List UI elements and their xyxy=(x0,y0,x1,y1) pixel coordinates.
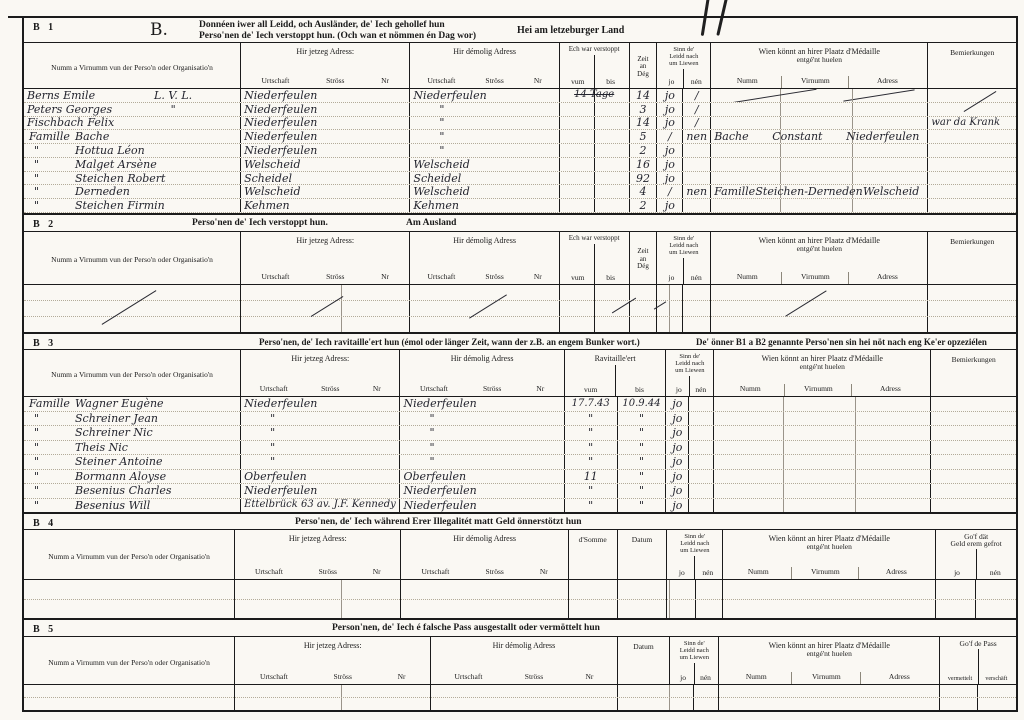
wien-cell xyxy=(711,158,928,171)
hw-name: Theis Nic xyxy=(75,442,128,453)
pen-slash xyxy=(844,89,915,101)
bis-cell: 10.9.44 xyxy=(618,397,667,411)
wien-cell xyxy=(714,455,931,469)
jo-cell: jo xyxy=(657,158,683,171)
hw-medal-name: Famille xyxy=(714,186,755,197)
jetzeg-cell: " xyxy=(241,441,400,455)
b4-column-headers: Numm a Virnumm vun der Perso'n oder Orga… xyxy=(24,530,1016,580)
label: jo xyxy=(669,556,695,579)
section-letter: B. xyxy=(150,20,168,40)
label: Nr xyxy=(534,76,542,85)
label: Geld erem gefrot xyxy=(951,540,1002,547)
nen-cell xyxy=(683,199,711,212)
label: Numm a Virnumm vun der Perso'n oder Orga… xyxy=(48,552,210,561)
label: Nr xyxy=(373,567,381,576)
hw-jo: jo xyxy=(672,427,682,438)
label: jo xyxy=(668,376,690,396)
label: Numm xyxy=(713,76,781,88)
label: Leidd nach xyxy=(680,540,709,547)
jetzeg-cell: Welscheid xyxy=(241,185,410,198)
label: jo xyxy=(672,663,694,684)
label: Urtschaft xyxy=(261,76,289,85)
b2-body xyxy=(24,285,1016,332)
label: Ströss xyxy=(319,567,337,576)
hw-days: 2 xyxy=(639,200,646,211)
label: entgé'nt huelen xyxy=(797,56,842,63)
name-cell: "Steichen Firmin xyxy=(24,199,241,212)
b3-row: FamilleWagner Eugène Niederfeulen Nieder… xyxy=(24,397,1016,412)
hw-jo: jo xyxy=(665,104,675,115)
hw-ditto: " xyxy=(403,456,434,467)
label: Hir démolig Adress xyxy=(453,47,516,56)
section-title-note: De' önner B1 a B2 genannte Perso'nen sin… xyxy=(696,337,987,347)
bemierkungen-cell xyxy=(928,158,1016,171)
vum-cell: 17.7.43 xyxy=(565,397,618,411)
hw-ditto: " xyxy=(244,442,275,453)
hw-days: 4 xyxy=(639,186,646,197)
hw-address: Scheidel xyxy=(244,173,292,184)
nen-cell xyxy=(683,158,711,171)
hw-address: Scheidel xyxy=(413,173,461,184)
label: nén xyxy=(684,258,708,284)
hw-address: Niederfeulen xyxy=(403,398,476,409)
hw-jo: jo xyxy=(672,442,682,453)
label: um Liewen xyxy=(680,547,709,554)
col-header-demolig-adress: Hir démolig Adress UrtschaftStrössNr xyxy=(431,637,617,684)
label: vum xyxy=(562,244,595,284)
scanned-form-page: B 1 B. Donnéen iwer all Leidd, och Auslä… xyxy=(0,0,1024,720)
jetzeg-cell: " xyxy=(241,455,400,469)
demolig-cell: Kehmen xyxy=(410,199,559,212)
name-cell: "Theis Nic xyxy=(24,441,241,455)
zeit-cell: 16 xyxy=(630,158,658,171)
label: Sinn de' xyxy=(679,353,700,360)
section-id: B 4 xyxy=(33,518,56,529)
col-header-bemierkungen: Bemierkungen xyxy=(931,350,1016,396)
jetzeg-cell: Niederfeulen xyxy=(241,397,400,411)
hw-ditto: " xyxy=(639,485,644,496)
label: Hir jetzeg Adress: xyxy=(296,47,354,56)
hw-ditto: " xyxy=(27,159,75,170)
b4-body xyxy=(24,580,1016,618)
zeit-cell: 14 xyxy=(630,89,658,102)
jetzeg-cell: Oberfeulen xyxy=(241,470,400,484)
b3-row: "Besenius Will Ettelbrück 63 av. J.F. Ke… xyxy=(24,499,1016,513)
hw-jo: jo xyxy=(672,456,682,467)
section-b3-title-band: B 3 Perso'nen, de' Iech ravitaille'ert h… xyxy=(24,332,1016,350)
b5-column-headers: Numm a Virnumm vun der Perso'n oder Orga… xyxy=(24,637,1016,685)
jo-cell: jo xyxy=(657,172,683,185)
demolig-cell: " xyxy=(400,441,564,455)
empty-cell xyxy=(657,285,683,332)
hw-medal-address: Niederfeulen xyxy=(846,131,919,142)
col-header-sinn: Sinn de' Leidd nach um Liewen jonén xyxy=(670,637,719,684)
demolig-cell: Niederfeulen xyxy=(400,397,564,411)
hw-ditto: " xyxy=(639,427,644,438)
jo-cell: / xyxy=(657,130,683,143)
hw-struck-entry: 14 Tage xyxy=(574,90,614,100)
label: nén xyxy=(695,663,716,684)
bemierkungen-cell xyxy=(931,484,1016,498)
hw-name: Besenius Will xyxy=(75,500,150,511)
b3-row: "Schreiner Jean " " " " jo xyxy=(24,412,1016,427)
label: jo xyxy=(938,549,976,579)
hw-org: " xyxy=(133,104,213,115)
jo-cell: jo xyxy=(666,455,689,469)
demolig-cell: Welscheid xyxy=(410,185,559,198)
col-header-somme: d'Somme xyxy=(569,530,618,579)
col-header-jetzeg-adress: Hir jetzeg Adress: UrtschaftStrössNr xyxy=(235,637,431,684)
hw-name: Malget Arsène xyxy=(75,159,157,170)
hw-medal-firstname: Constant xyxy=(772,131,822,142)
name-cell: Peters Georges" xyxy=(24,103,241,116)
bis-cell xyxy=(595,103,630,116)
hw-jo: jo xyxy=(665,159,675,170)
label: Leidd nach xyxy=(675,360,704,367)
section-title: Perso'nen, de' Iech während Erer Illegal… xyxy=(295,517,582,527)
name-cell: "Derneden xyxy=(24,185,241,198)
label: Adress xyxy=(849,272,925,284)
verstoppt-cell: 14 Tage xyxy=(560,89,630,102)
wien-cell xyxy=(714,499,931,513)
label: Hir démolig Adress xyxy=(453,236,516,245)
col-header-sinn: Sinn de' Leidd nach um Liewen jonén xyxy=(657,43,711,88)
col-header-wien: Wien könnt an hirer Plaatz d'Médaille en… xyxy=(723,530,936,579)
hw-name: Berns Emile xyxy=(27,90,95,101)
label: Urtschaft xyxy=(260,672,288,681)
jetzeg-cell: " xyxy=(241,426,400,440)
label: um Liewen xyxy=(669,60,698,67)
col-header-demolig-adress: Hir démolig Adress UrtschaftStrössNr xyxy=(410,43,559,88)
hw-address: Ettelbrück 63 av. J.F. Kennedy xyxy=(244,500,396,510)
hw-ditto: " xyxy=(27,173,75,184)
label: Ströss xyxy=(485,567,503,576)
wien-cell xyxy=(714,412,931,426)
nen-cell xyxy=(689,484,714,498)
bis-cell: " xyxy=(618,484,667,498)
zeit-cell: 2 xyxy=(630,144,658,157)
vum-cell xyxy=(560,144,595,157)
empty-cell xyxy=(683,285,711,332)
section-b5-title-band: B 5 Person'nen, de' Iech é falsche Pass … xyxy=(24,618,1016,637)
label: Ströss xyxy=(326,76,344,85)
name-cell: "Besenius Charles xyxy=(24,484,241,498)
jetzeg-cell: Kehmen xyxy=(241,199,410,212)
hw-name: Steichen Robert xyxy=(75,173,165,184)
label: Urtschaft xyxy=(255,567,283,576)
hw-name: Peters Georges xyxy=(27,104,112,115)
wien-cell xyxy=(714,470,931,484)
hw-days: 5 xyxy=(639,131,646,142)
hw-nen: nen xyxy=(686,131,707,142)
hw-ditto: " xyxy=(27,413,75,424)
label: Adress xyxy=(861,672,937,684)
hw-ditto: " xyxy=(27,442,75,453)
wien-cell: Famille Steichen-Derneden Welscheid xyxy=(711,185,928,198)
demolig-cell: " xyxy=(410,130,559,143)
bemierkungen-cell xyxy=(931,455,1016,469)
hw-ditto: " xyxy=(588,413,593,424)
b1-row: FamilleBache Niederfeulen " 5 / nen Bach… xyxy=(24,130,1016,144)
col-header-demolig-adress: Hir démolig Adress UrtschaftStrössNr xyxy=(401,530,568,579)
label: verschäft xyxy=(979,649,1014,684)
bemierkungen-cell xyxy=(931,426,1016,440)
section-id: B 2 xyxy=(33,219,56,230)
demolig-cell: " xyxy=(400,426,564,440)
label: Urtschaft xyxy=(261,272,289,281)
dotted-guide xyxy=(24,697,1016,698)
hw-ditto: " xyxy=(27,500,75,511)
name-cell: "Malget Arsène xyxy=(24,158,241,171)
jo-cell: jo xyxy=(657,117,683,130)
hw-days: 14 xyxy=(636,90,650,101)
demolig-cell: " xyxy=(410,144,559,157)
name-cell: "Schreiner Nic xyxy=(24,426,241,440)
hw-address: Niederfeulen xyxy=(244,485,317,496)
jetzeg-cell: Niederfeulen xyxy=(241,117,410,130)
hw-ditto: " xyxy=(403,442,434,453)
hw-date: 10.9.44 xyxy=(622,399,660,409)
bis-cell xyxy=(595,117,630,130)
label: Ströss xyxy=(326,272,344,281)
hw-address: Niederfeulen xyxy=(244,117,317,128)
demolig-cell: " xyxy=(400,455,564,469)
label: Urtschaft xyxy=(455,672,483,681)
hw-ditto: " xyxy=(403,427,434,438)
label: Numm a Virnumm vun der Perso'n oder Orga… xyxy=(51,63,213,72)
label: Datum xyxy=(632,535,652,544)
label: bis xyxy=(595,244,627,284)
empty-cell xyxy=(241,285,410,332)
vum-cell xyxy=(560,172,595,185)
wien-cell xyxy=(711,103,928,116)
jo-cell: jo xyxy=(657,199,683,212)
section-id: B 1 xyxy=(33,22,56,33)
hw-medal-name: Bache xyxy=(714,131,748,142)
label: Nr xyxy=(381,76,389,85)
demolig-cell: " xyxy=(410,103,559,116)
empty-cell xyxy=(595,285,630,332)
bemierkungen-cell xyxy=(931,441,1016,455)
label: nén xyxy=(977,549,1014,579)
label: Sinn de' xyxy=(673,46,694,53)
label: Ravitaille'ert xyxy=(595,354,636,363)
hw-ditto: " xyxy=(639,456,644,467)
col-header-sinn: Sinn de' Leidd nach um Liewen jonén xyxy=(657,232,711,284)
label: um Liewen xyxy=(680,654,709,661)
label: Ech war verstoppt xyxy=(569,46,620,53)
hw-ditto: " xyxy=(403,413,434,424)
label: Hir jetzeg Adress: xyxy=(296,236,354,245)
hw-days: 3 xyxy=(639,104,646,115)
bis-cell xyxy=(595,144,630,157)
label: Nr xyxy=(398,672,406,681)
jetzeg-cell: Ettelbrück 63 av. J.F. Kennedy xyxy=(241,499,400,513)
name-cell: FamilleBache xyxy=(24,130,241,143)
bemierkungen-cell xyxy=(928,144,1016,157)
col-header-bemierkungen: Bemierkungen xyxy=(928,232,1016,284)
label: Hir jetzeg Adress: xyxy=(304,641,362,650)
col-header-jetzeg-adress: Hir jetzeg Adress: UrtschaftStrössNr xyxy=(235,530,401,579)
nen-cell xyxy=(689,455,714,469)
name-cell: "Bormann Aloyse xyxy=(24,470,241,484)
label: vum xyxy=(562,55,595,88)
label: Go'f de Pass xyxy=(960,640,997,647)
col-header-zeit: Zeit an Dég xyxy=(630,232,658,284)
jetzeg-cell: Scheidel xyxy=(241,172,410,185)
bis-cell: " xyxy=(618,412,667,426)
jo-cell: jo xyxy=(666,412,689,426)
label: Ströss xyxy=(525,672,543,681)
hw-jo: / xyxy=(668,186,672,197)
b1-row: "Steichen Robert Scheidel Scheidel 92 jo xyxy=(24,172,1016,186)
title-line-2: Perso'nen de' Iech verstoppt hun. (Och w… xyxy=(199,31,476,42)
hw-date: 11 xyxy=(584,471,598,482)
bemierkungen-cell xyxy=(931,499,1016,513)
hw-address: Welscheid xyxy=(244,159,300,170)
hw-jo: jo xyxy=(665,90,675,101)
hw-ditto: " xyxy=(413,104,444,115)
section-title: Donnéen iwer all Leidd, och Ausländer, d… xyxy=(199,20,476,41)
nen-cell: / xyxy=(683,117,711,130)
vum-cell: " xyxy=(565,412,618,426)
demolig-cell: " xyxy=(400,412,564,426)
zeit-cell: 14 xyxy=(630,117,658,130)
section-title: Perso'nen de' Iech verstoppt hun. xyxy=(192,218,328,228)
hw-ditto: " xyxy=(413,117,444,128)
label: entgé'nt huelen xyxy=(800,363,845,370)
hw-ditto: " xyxy=(27,145,75,156)
jetzeg-cell: Niederfeulen xyxy=(241,89,410,102)
hw-address: Kehmen xyxy=(413,200,459,211)
nen-cell: nen xyxy=(683,185,711,198)
hw-address: Niederfeulen xyxy=(244,131,317,142)
bemierkungen-cell xyxy=(931,412,1016,426)
empty-cell xyxy=(711,285,928,332)
b3-row: "Bormann Aloyse Oberfeulen Oberfeulen 11… xyxy=(24,470,1016,485)
hw-address: Kehmen xyxy=(244,200,290,211)
nen-cell xyxy=(683,144,711,157)
hw-address: Oberfeulen xyxy=(244,471,307,482)
hw-ditto: " xyxy=(639,413,644,424)
b1-row: Peters Georges" Niederfeulen " 3 jo / xyxy=(24,103,1016,117)
bemierkungen-cell xyxy=(931,397,1016,411)
b1-body: Berns EmileL. V. L. Niederfeulen Niederf… xyxy=(24,89,1016,213)
jo-cell: / xyxy=(657,185,683,198)
b3-row: "Steiner Antoine " " " " jo xyxy=(24,455,1016,470)
section-title: Person'nen, de' Iech é falsche Pass ausg… xyxy=(332,623,600,633)
zeit-cell: 3 xyxy=(630,103,658,116)
wien-cell xyxy=(711,144,928,157)
nen-cell xyxy=(689,499,714,513)
label: Adress xyxy=(849,76,925,88)
jetzeg-cell: Niederfeulen xyxy=(241,130,410,143)
demolig-cell: Oberfeulen xyxy=(400,470,564,484)
demolig-cell: Welscheid xyxy=(410,158,559,171)
label: um Liewen xyxy=(669,249,698,256)
jetzeg-cell: Niederfeulen xyxy=(241,144,410,157)
section-b4-title-band: B 4 Perso'nen, de' Iech während Erer Ill… xyxy=(24,512,1016,530)
jetzeg-cell: Niederfeulen xyxy=(241,484,400,498)
hw-jo: jo xyxy=(665,117,675,128)
hw-date: 17.7.43 xyxy=(572,399,610,409)
col-header-gof-geld: Go'f dät Geld erem gefrot jonén xyxy=(936,530,1016,579)
zeit-cell: 92 xyxy=(630,172,658,185)
hw-jo: jo xyxy=(672,500,682,511)
label: bis xyxy=(595,55,627,88)
label: Urtschaft xyxy=(420,384,448,393)
hw-name: Derneden xyxy=(75,186,130,197)
col-header-zeit: Zeit an Dég xyxy=(630,43,658,88)
jo-cell: jo xyxy=(666,484,689,498)
bis-cell: " xyxy=(618,426,667,440)
hw-ditto: " xyxy=(588,485,593,496)
nen-cell xyxy=(689,412,714,426)
hw-family-prefix: Famille xyxy=(27,398,75,409)
label: nén xyxy=(695,556,720,579)
col-header-name: Numm a Virnumm vun der Perso'n oder Orga… xyxy=(24,232,241,284)
bis-cell xyxy=(595,185,630,198)
name-cell: FamilleWagner Eugène xyxy=(24,397,241,411)
hw-ditto: " xyxy=(244,413,275,424)
hw-days: 2 xyxy=(639,145,646,156)
name-cell: "Hottua Léon xyxy=(24,144,241,157)
section-b1-title-band: B 1 B. Donnéen iwer all Leidd, och Auslä… xyxy=(24,18,1016,43)
wien-cell xyxy=(711,89,928,102)
bemierkungen-cell xyxy=(928,89,1016,102)
label: Leidd nach xyxy=(669,53,698,60)
section-id: B 3 xyxy=(33,338,56,349)
vum-cell xyxy=(560,103,595,116)
label: Numm a Virnumm vun der Perso'n oder Orga… xyxy=(51,255,213,264)
hw-jo: / xyxy=(668,131,672,142)
demolig-cell: Niederfeulen xyxy=(410,89,559,102)
col-header-wien: Wien könnt an hirer Plaatz d'Médaille en… xyxy=(714,350,931,396)
name-cell: "Schreiner Jean xyxy=(24,412,241,426)
col-header-wien: Wien könnt an hirer Plaatz d'Médaille en… xyxy=(711,232,928,284)
bemierkungen-cell xyxy=(931,470,1016,484)
col-header-gof-pass: Go'f de Pass vermetteltverschäft xyxy=(940,637,1016,684)
b2-column-headers: Numm a Virnumm vun der Perso'n oder Orga… xyxy=(24,232,1016,285)
nen-cell xyxy=(689,441,714,455)
col-header-wien: Wien könnt an hirer Plaatz d'Médaille en… xyxy=(719,637,940,684)
vum-cell: " xyxy=(565,441,618,455)
label: Sinn de' xyxy=(684,640,705,647)
jetzeg-cell: " xyxy=(241,412,400,426)
section-id: B 5 xyxy=(33,624,56,635)
col-header-bemierkungen: Bemierkungen xyxy=(928,43,1016,88)
nen-cell xyxy=(689,470,714,484)
nen-cell: / xyxy=(683,89,711,102)
col-header-demolig-adress: Hir démolig Adress UrtschaftStrössNr xyxy=(400,350,564,396)
hw-nen: / xyxy=(695,117,699,128)
col-header-datum: Datum xyxy=(618,530,668,579)
b3-row: "Theis Nic " " " " jo xyxy=(24,441,1016,456)
nen-cell xyxy=(689,426,714,440)
label: Dég xyxy=(637,263,649,271)
title-right: Am Ausland xyxy=(406,218,456,228)
label: jo xyxy=(659,258,684,284)
section-b2-title-band: B 2 Perso'nen de' Iech verstoppt hun. Am… xyxy=(24,213,1016,232)
label: Urtschaft xyxy=(427,272,455,281)
label: Nr xyxy=(373,384,381,393)
section-title: Perso'nen, de' Iech ravitaille'ert hun (… xyxy=(259,337,640,347)
bemierkungen-cell: war da Krank xyxy=(928,117,1016,130)
hw-nen: / xyxy=(695,90,699,101)
name-cell: "Besenius Will xyxy=(24,499,241,513)
hw-ditto: " xyxy=(27,485,75,496)
b3-row: "Besenius Charles Niederfeulen Niederfeu… xyxy=(24,484,1016,499)
